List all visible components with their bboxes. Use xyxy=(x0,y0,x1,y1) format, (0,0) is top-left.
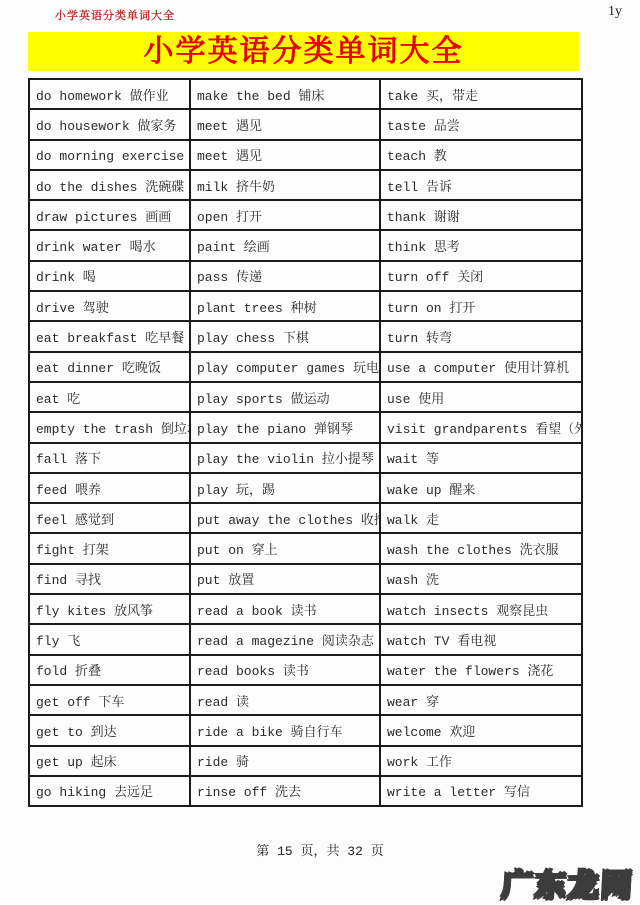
vocab-cell: play 玩，踢 xyxy=(190,473,380,503)
vocab-cell: play chess 下棋 xyxy=(190,321,380,351)
vocab-cell: tell 告诉 xyxy=(380,170,582,200)
table-row: feel 感觉到put away the clothes 收拾衣服walk 走 xyxy=(29,503,582,533)
vocab-cell: get off 下车 xyxy=(29,685,190,715)
vocab-cell: turn off 关闭 xyxy=(380,261,582,291)
vocab-table-body: do homework 做作业make the bed 铺床take 买，带走d… xyxy=(29,79,582,806)
vocab-cell: wash 洗 xyxy=(380,564,582,594)
vocab-cell: welcome 欢迎 xyxy=(380,715,582,745)
vocab-cell: take 买，带走 xyxy=(380,79,582,109)
table-row: do housework 做家务meet 遇见taste 品尝 xyxy=(29,109,582,139)
vocab-table: do homework 做作业make the bed 铺床take 买，带走d… xyxy=(28,78,583,807)
vocab-cell: play the piano 弹钢琴 xyxy=(190,412,380,442)
vocab-cell: do morning exercise 晨练 xyxy=(29,140,190,170)
vocab-cell: ride a bike 骑自行车 xyxy=(190,715,380,745)
vocab-cell: eat dinner 吃晚饭 xyxy=(29,352,190,382)
vocab-cell: fight 打架 xyxy=(29,533,190,563)
vocab-cell: taste 品尝 xyxy=(380,109,582,139)
vocab-cell: eat breakfast 吃早餐 xyxy=(29,321,190,351)
vocab-cell: ride 骑 xyxy=(190,746,380,776)
table-row: draw pictures 画画open 打开thank 谢谢 xyxy=(29,200,582,230)
title-banner: 小学英语分类单词大全 xyxy=(28,32,579,71)
vocab-cell: read books 读书 xyxy=(190,655,380,685)
vocab-cell: thank 谢谢 xyxy=(380,200,582,230)
document-title: 小学英语分类单词大全 xyxy=(144,37,464,67)
table-row: empty the trash 倒垃圾play the piano 弹钢琴vis… xyxy=(29,412,582,442)
vocab-cell: visit grandparents 看望（外）祖父母 xyxy=(380,412,582,442)
vocab-cell: fly 飞 xyxy=(29,624,190,654)
page-number-footer: 第 15 页，共 32 页 xyxy=(0,840,640,859)
vocab-cell: get up 起床 xyxy=(29,746,190,776)
vocab-cell: pass 传递 xyxy=(190,261,380,291)
vocab-cell: write a letter 写信 xyxy=(380,776,582,806)
vocab-cell: milk 挤牛奶 xyxy=(190,170,380,200)
watermark-text: 广东龙网 xyxy=(501,860,635,905)
vocab-cell: read 读 xyxy=(190,685,380,715)
vocab-cell: play sports 做运动 xyxy=(190,382,380,412)
running-header-title: 小学英语分类单词大全 xyxy=(55,7,175,23)
vocab-cell: get to 到达 xyxy=(29,715,190,745)
table-row: fight 打架put on 穿上wash the clothes 洗衣服 xyxy=(29,533,582,563)
vocab-cell: feel 感觉到 xyxy=(29,503,190,533)
vocab-cell: wait 等 xyxy=(380,443,582,473)
vocab-cell: do housework 做家务 xyxy=(29,109,190,139)
table-row: do morning exercise 晨练meet 遇见teach 教 xyxy=(29,140,582,170)
table-row: feed 喂养play 玩，踢wake up 醒来 xyxy=(29,473,582,503)
vocab-cell: drink water 喝水 xyxy=(29,230,190,260)
vocab-cell: make the bed 铺床 xyxy=(190,79,380,109)
vocab-cell: use 使用 xyxy=(380,382,582,412)
vocab-cell: read a book 读书 xyxy=(190,594,380,624)
vocab-cell: open 打开 xyxy=(190,200,380,230)
vocab-cell: play computer games 玩电脑游戏 xyxy=(190,352,380,382)
vocab-cell: walk 走 xyxy=(380,503,582,533)
table-row: find 寻找put 放置wash 洗 xyxy=(29,564,582,594)
vocab-cell: drink 喝 xyxy=(29,261,190,291)
vocab-cell: put on 穿上 xyxy=(190,533,380,563)
vocab-cell: use a computer 使用计算机 xyxy=(380,352,582,382)
table-row: eat 吃play sports 做运动use 使用 xyxy=(29,382,582,412)
vocab-cell: think 思考 xyxy=(380,230,582,260)
running-header-mark: 1y xyxy=(608,4,622,20)
table-row: drive 驾驶plant trees 种树turn on 打开 xyxy=(29,291,582,321)
vocab-cell: turn 转弯 xyxy=(380,321,582,351)
vocab-cell: wash the clothes 洗衣服 xyxy=(380,533,582,563)
vocab-cell: put 放置 xyxy=(190,564,380,594)
table-row: fold 折叠read books 读书water the flowers 浇花 xyxy=(29,655,582,685)
vocab-cell: work 工作 xyxy=(380,746,582,776)
vocab-cell: read a magezine 阅读杂志 xyxy=(190,624,380,654)
vocab-cell: plant trees 种树 xyxy=(190,291,380,321)
vocab-cell: meet 遇见 xyxy=(190,140,380,170)
document-page: 小学英语分类单词大全 1y 小学英语分类单词大全 do homework 做作业… xyxy=(0,0,640,905)
vocab-cell: paint 绘画 xyxy=(190,230,380,260)
vocab-cell: watch TV 看电视 xyxy=(380,624,582,654)
table-row: get up 起床ride 骑work 工作 xyxy=(29,746,582,776)
vocab-cell: meet 遇见 xyxy=(190,109,380,139)
vocab-cell: go hiking 去远足 xyxy=(29,776,190,806)
vocab-cell: teach 教 xyxy=(380,140,582,170)
vocab-cell: play the violin 拉小提琴 xyxy=(190,443,380,473)
table-row: get off 下车read 读wear 穿 xyxy=(29,685,582,715)
table-row: fly 飞read a magezine 阅读杂志watch TV 看电视 xyxy=(29,624,582,654)
vocab-cell: eat 吃 xyxy=(29,382,190,412)
vocab-cell: do homework 做作业 xyxy=(29,79,190,109)
vocab-cell: put away the clothes 收拾衣服 xyxy=(190,503,380,533)
table-row: do the dishes 洗碗碟milk 挤牛奶tell 告诉 xyxy=(29,170,582,200)
vocab-cell: fly kites 放风筝 xyxy=(29,594,190,624)
vocab-cell: draw pictures 画画 xyxy=(29,200,190,230)
table-row: get to 到达ride a bike 骑自行车welcome 欢迎 xyxy=(29,715,582,745)
vocab-cell: fall 落下 xyxy=(29,443,190,473)
table-row: drink water 喝水paint 绘画think 思考 xyxy=(29,230,582,260)
vocab-cell: empty the trash 倒垃圾 xyxy=(29,412,190,442)
table-row: eat dinner 吃晚饭play computer games 玩电脑游戏u… xyxy=(29,352,582,382)
vocab-cell: do the dishes 洗碗碟 xyxy=(29,170,190,200)
vocab-cell: watch insects 观察昆虫 xyxy=(380,594,582,624)
table-row: do homework 做作业make the bed 铺床take 买，带走 xyxy=(29,79,582,109)
vocab-cell: drive 驾驶 xyxy=(29,291,190,321)
vocab-cell: wear 穿 xyxy=(380,685,582,715)
table-row: go hiking 去远足rinse off 洗去write a letter … xyxy=(29,776,582,806)
table-row: fall 落下play the violin 拉小提琴wait 等 xyxy=(29,443,582,473)
table-row: fly kites 放风筝read a book 读书watch insects… xyxy=(29,594,582,624)
vocab-cell: wake up 醒来 xyxy=(380,473,582,503)
vocab-cell: turn on 打开 xyxy=(380,291,582,321)
vocab-cell: water the flowers 浇花 xyxy=(380,655,582,685)
vocab-cell: feed 喂养 xyxy=(29,473,190,503)
vocab-cell: rinse off 洗去 xyxy=(190,776,380,806)
vocab-cell: fold 折叠 xyxy=(29,655,190,685)
table-row: eat breakfast 吃早餐play chess 下棋turn 转弯 xyxy=(29,321,582,351)
vocab-cell: find 寻找 xyxy=(29,564,190,594)
table-row: drink 喝pass 传递turn off 关闭 xyxy=(29,261,582,291)
